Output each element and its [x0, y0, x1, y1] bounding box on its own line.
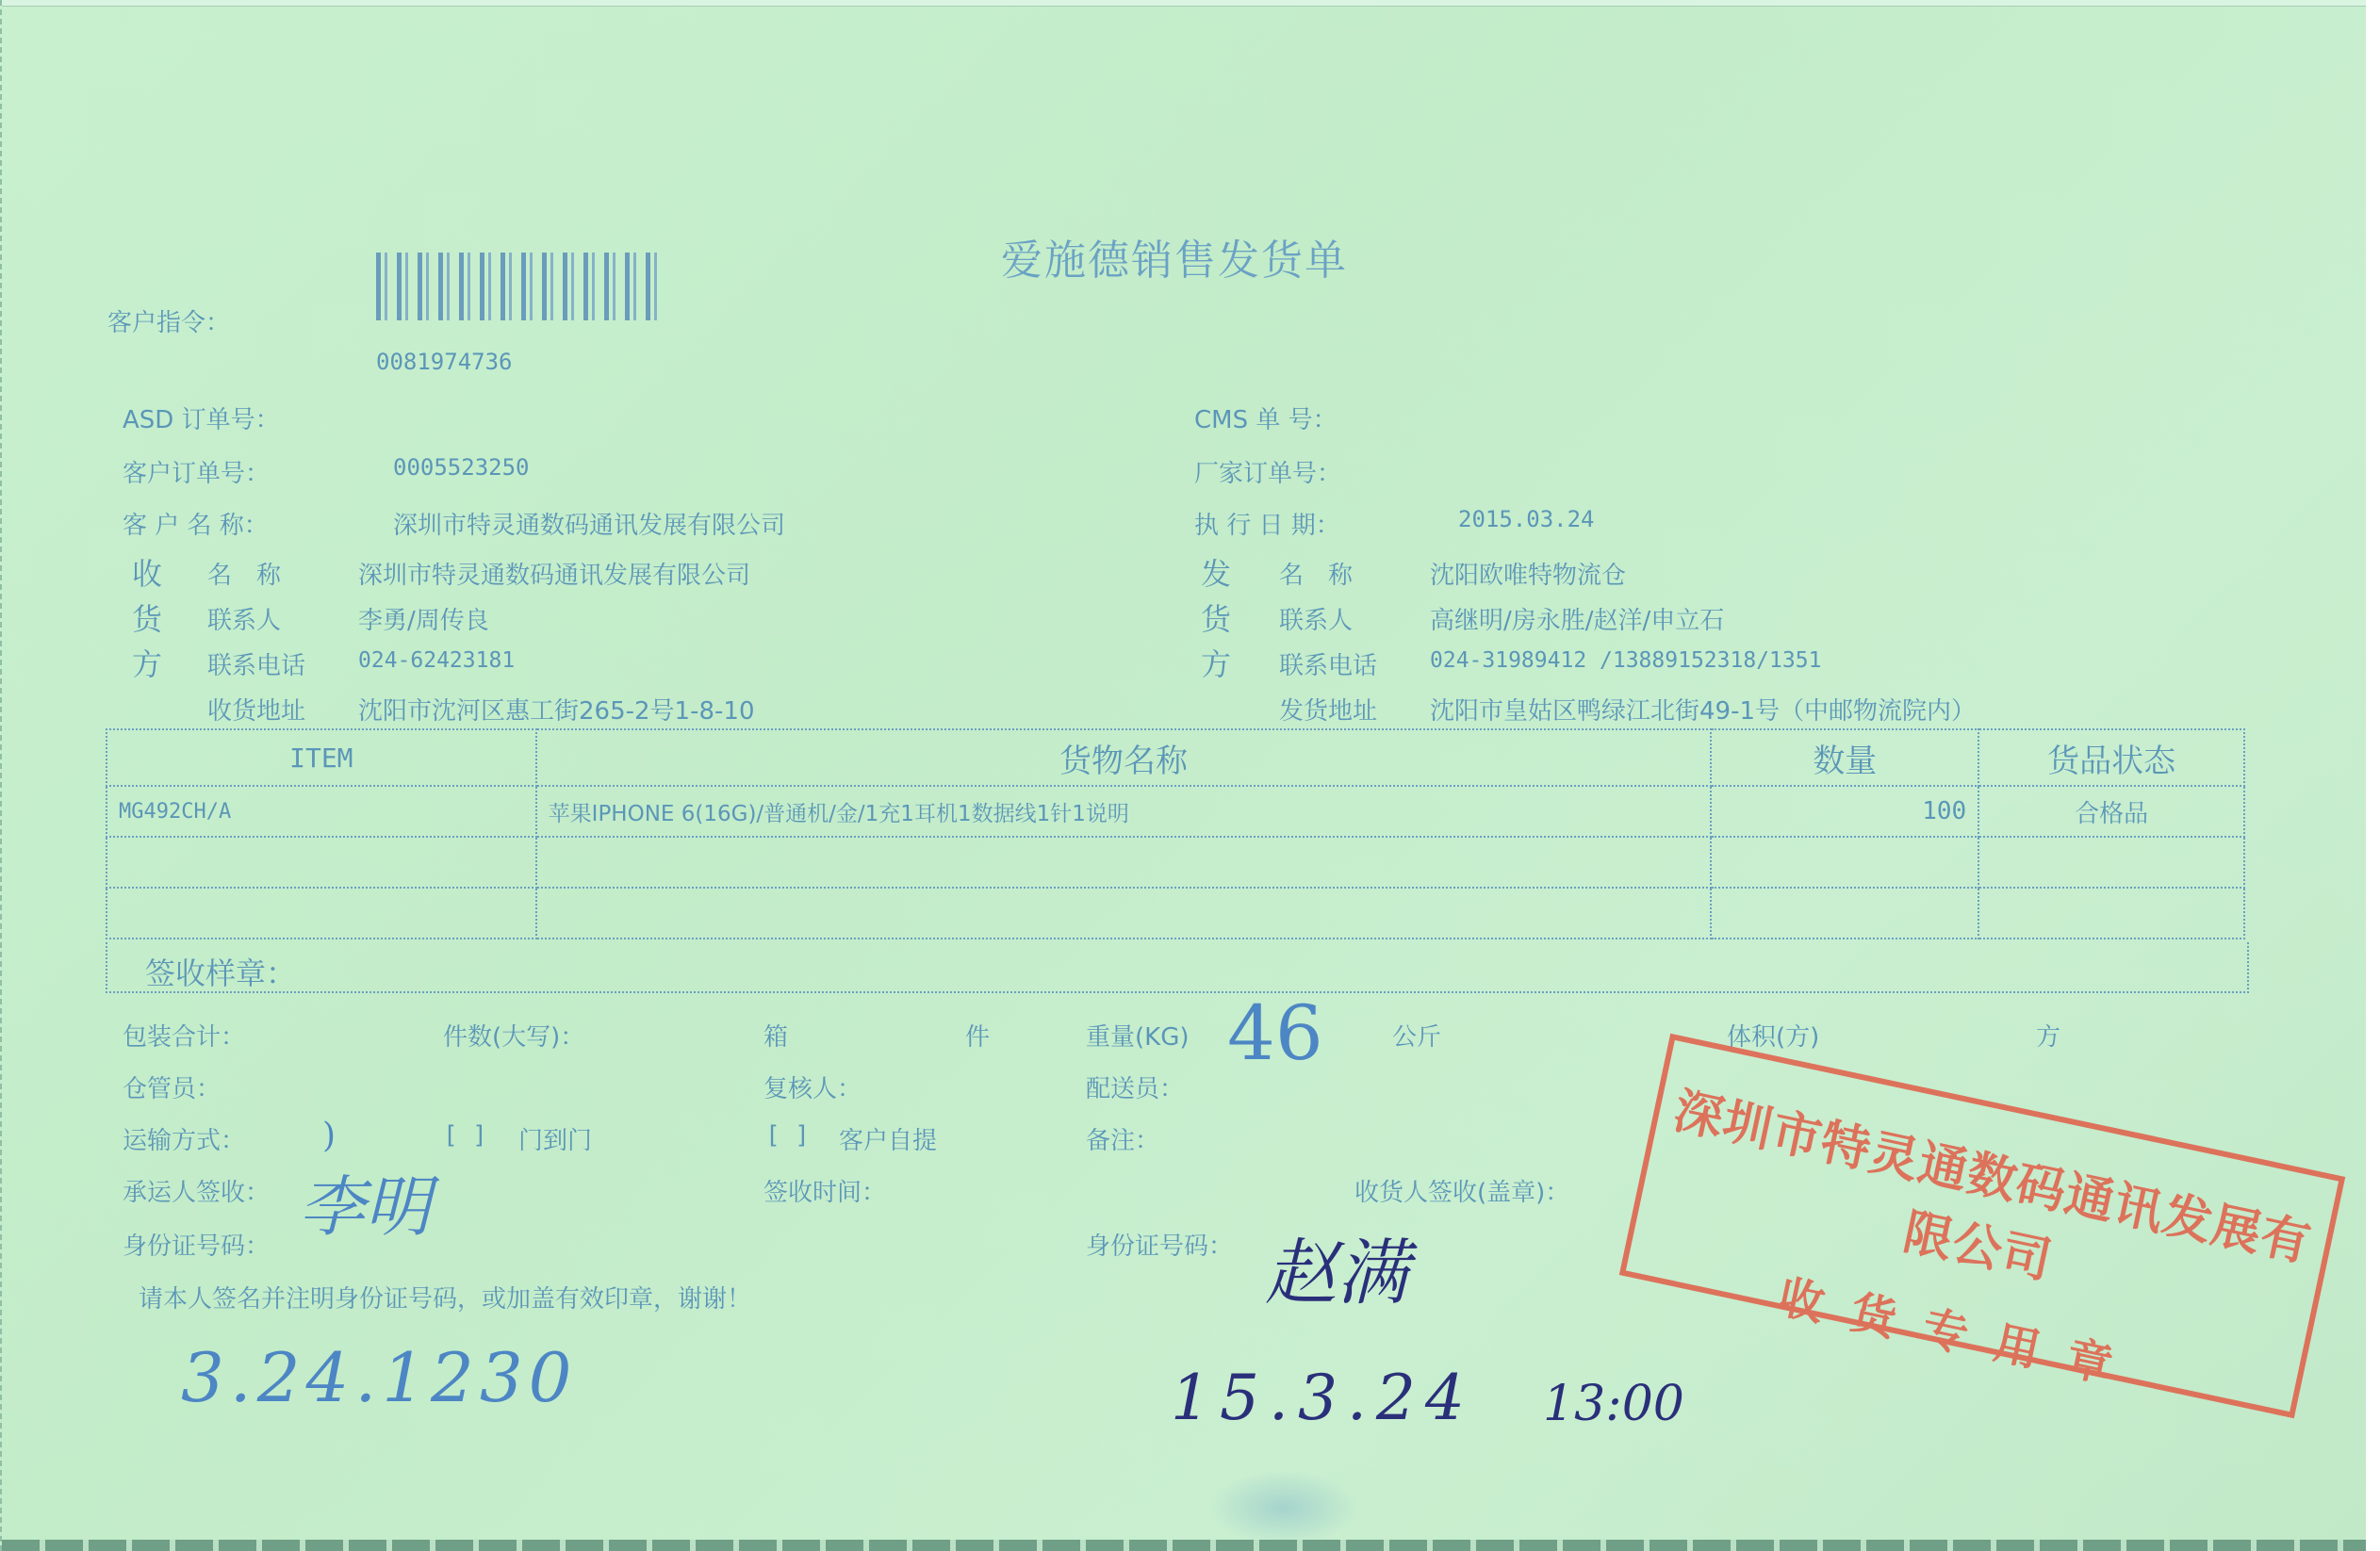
transport-label: 运输方式：: [123, 1121, 245, 1156]
piece-count-label: 件数(大写)：: [443, 1018, 584, 1053]
sender-side-char-1: 发: [1201, 550, 1231, 594]
weight-handwritten: 46: [1227, 989, 1323, 1077]
col-header-goods-name: 货物名称: [536, 729, 1712, 786]
exec-date-label: 执 行 日 期：: [1194, 506, 1340, 541]
weight-label: 重量(KG): [1086, 1018, 1190, 1053]
volume-unit: 方: [2036, 1018, 2060, 1053]
cms-label: CMS 单 号：: [1194, 400, 1338, 435]
asd-order-label: ASD 订单号：: [123, 400, 280, 435]
cell-goods-name: [536, 888, 1712, 939]
carrier-sign-label: 承运人签收：: [123, 1173, 270, 1208]
receiver-name-label: 名 称: [207, 556, 281, 591]
customer-instruction-label: 客户指令：: [107, 303, 230, 338]
company-receipt-stamp: 深圳市特灵通数码通讯发展有限公司 收货专用章: [1619, 1034, 2345, 1418]
piece-label: 件: [965, 1018, 990, 1053]
cell-item: [107, 888, 536, 939]
warehouse-keeper-label: 仓管员：: [123, 1069, 221, 1104]
goods-table: ITEM 货物名称 数量 货品状态 MG492CH/A 苹果IPHONE 6(1…: [106, 728, 2245, 939]
cell-item: [107, 837, 536, 888]
barcode-icon: [376, 253, 664, 320]
box-label: 箱: [763, 1018, 788, 1053]
col-header-status: 货品状态: [1978, 729, 2244, 786]
receiver-side-char-2: 货: [132, 596, 162, 639]
receiver-contact-label: 联系人: [207, 601, 281, 636]
signature-sample-label: 签收样章：: [145, 950, 296, 993]
carrier-signature: 李明: [299, 1154, 431, 1249]
paper-top-edge: [2, 0, 2366, 7]
receiver-phone-label: 联系电话: [207, 646, 305, 681]
cell-status: [1978, 837, 2244, 888]
receiver-address-label: 收货地址: [207, 692, 305, 727]
barcode-number: 0081974736: [376, 349, 513, 375]
kg-unit: 公斤: [1392, 1018, 1441, 1053]
carrier-datetime-handwritten: 3.24.1230: [181, 1338, 577, 1417]
sign-time-label: 签收时间：: [763, 1173, 886, 1208]
cell-status: [1978, 888, 2244, 939]
factory-order-label: 厂家订单号：: [1194, 454, 1341, 489]
cell-quantity: 100: [1711, 786, 1978, 837]
consignee-sign-label: 收货人签收(盖章)：: [1354, 1173, 1569, 1208]
receiver-side-char-3: 方: [132, 641, 162, 684]
cell-quantity: [1711, 888, 1978, 939]
table-row: MG492CH/A 苹果IPHONE 6(16G)/普通机/金/1充1耳机1数据…: [107, 786, 2244, 837]
receiver-side-char-1: 收: [132, 550, 162, 594]
exec-date-value: 2015.03.24: [1458, 506, 1595, 532]
receiver-name-value: 深圳市特灵通数码通讯发展有限公司: [358, 556, 750, 591]
consignee-signature: 赵满: [1265, 1216, 1408, 1318]
customer-name-value: 深圳市特灵通数码通讯发展有限公司: [393, 506, 785, 541]
self-pickup-label: 客户自提: [839, 1121, 937, 1156]
signature-sample-row: 签收样章：: [106, 942, 2249, 993]
table-row: [107, 888, 2244, 939]
door-to-door-checkbox[interactable]: [ ]: [443, 1121, 487, 1150]
paper-perforated-edge: [2, 1540, 2366, 1551]
cell-item: MG492CH/A: [107, 786, 536, 837]
reviewer-label: 复核人：: [763, 1069, 862, 1104]
sender-side-char-2: 货: [1201, 596, 1231, 639]
receiver-address-value: 沈阳市沈河区惠工街265-2号1-8-10: [358, 692, 754, 727]
transport-mark: ): [322, 1117, 336, 1155]
sender-contact-label: 联系人: [1279, 601, 1353, 636]
delivery-note-paper: 爱施德销售发货单 客户指令： 0081974736 ASD 订单号： 客户订单号…: [0, 0, 2366, 1551]
package-total-label: 包装合计：: [123, 1018, 245, 1053]
customer-order-label: 客户订单号：: [123, 454, 270, 489]
carrier-id-label: 身份证号码：: [123, 1227, 270, 1262]
consignee-date-handwritten: 15.3.24: [1171, 1362, 1474, 1434]
cell-quantity: [1711, 837, 1978, 888]
customer-order-value: 0005523250: [393, 454, 530, 481]
cell-goods-name: [536, 837, 1712, 888]
receiver-phone-value: 024-62423181: [358, 648, 515, 673]
sender-name-value: 沈阳欧唯特物流仓: [1430, 556, 1626, 591]
sender-address-label: 发货地址: [1279, 692, 1377, 727]
door-to-door-label: 门到门: [518, 1121, 592, 1156]
table-row: [107, 837, 2244, 888]
sender-phone-value: 024-31989412 /13889152318/1351: [1430, 648, 1821, 673]
customer-name-label: 客 户 名 称：: [123, 506, 269, 541]
sender-address-value: 沈阳市皇姑区鸭绿江北街49-1号（中邮物流院内）: [1430, 692, 1976, 727]
sender-contact-value: 高继明/房永胜/赵洋/申立石: [1430, 601, 1724, 636]
cell-goods-name: 苹果IPHONE 6(16G)/普通机/金/1充1耳机1数据线1针1说明: [536, 786, 1712, 837]
goods-table-header: ITEM 货物名称 数量 货品状态: [107, 729, 2244, 786]
sender-phone-label: 联系电话: [1279, 646, 1377, 681]
document-title: 爱施德销售发货单: [1001, 226, 1348, 286]
remark-label: 备注：: [1086, 1121, 1159, 1156]
col-header-item: ITEM: [107, 729, 536, 786]
sender-name-label: 名 称: [1279, 556, 1353, 591]
consignee-time-handwritten: 13:00: [1543, 1376, 1684, 1432]
col-header-quantity: 数量: [1711, 729, 1978, 786]
consignee-id-label: 身份证号码：: [1086, 1227, 1233, 1262]
delivery-person-label: 配送员：: [1086, 1069, 1184, 1104]
self-pickup-checkbox[interactable]: [ ]: [765, 1121, 810, 1150]
cell-status: 合格品: [1978, 786, 2244, 837]
sign-notice: 请本人签名并注明身份证号码，或加盖有效印章，谢谢！: [139, 1280, 751, 1314]
volume-label: 体积(方): [1727, 1018, 1819, 1053]
ink-smudge: [1208, 1470, 1359, 1545]
sender-side-char-3: 方: [1201, 641, 1231, 684]
receiver-contact-value: 李勇/周传良: [358, 601, 489, 636]
